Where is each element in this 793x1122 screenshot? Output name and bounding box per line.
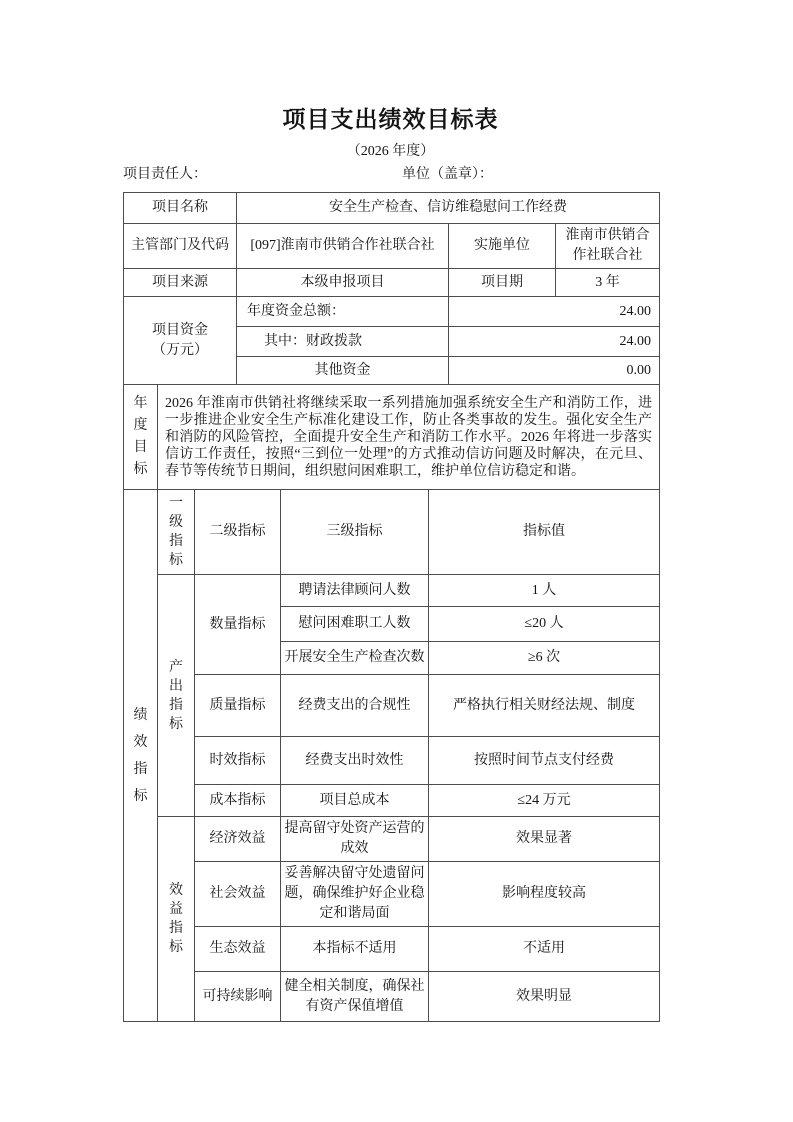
- indicator-l3-cell: 本指标不适用: [281, 927, 429, 972]
- funds-total-value: 24.00: [449, 297, 660, 327]
- table-row: 质量指标 经费支出的合规性 严格执行相关财经法规、制度: [124, 675, 660, 737]
- indicator-l3-cell: 妥善解决留守处遗留问题，确保维护好企业稳定和谐局面: [281, 862, 429, 927]
- responsible-person-label: 项目责任人：: [123, 163, 207, 183]
- table-row: 项目资金 （万元） 年度资金总额： 24.00: [124, 297, 660, 327]
- project-info-table: 项目名称 安全生产检查、信访维稳慰问工作经费 主管部门及代码 [097]淮南市供…: [123, 192, 660, 385]
- indicator-l2-cell: 可持续影响: [195, 972, 281, 1022]
- header-level3: 三级指标: [281, 490, 429, 575]
- unit-seal-label: 单位（盖章）：: [402, 163, 493, 183]
- source-value: 本级申报项目: [237, 269, 449, 297]
- annual-goal-table: 年度目标 2026 年淮南市供销社将继续采取一系列措施加强系统安全生产和消防工作…: [123, 384, 660, 490]
- dept-code-label: 主管部门及代码: [124, 224, 237, 269]
- annual-goal-label: 年度目标: [124, 385, 158, 490]
- indicator-l2-cell: 经济效益: [195, 817, 281, 862]
- funds-label-line1: 项目资金: [128, 321, 232, 341]
- page-subtitle: （2026 年度）: [123, 140, 658, 160]
- table-row: 社会效益 妥善解决留守处遗留问题，确保维护好企业稳定和谐局面 影响程度较高: [124, 862, 660, 927]
- indicator-l2-cell: 数量指标: [195, 575, 281, 675]
- indicator-value-cell: ≥6 次: [429, 642, 660, 675]
- table-row: 产出指标 数量指标 聘请法律顾问人数 1 人: [124, 575, 660, 607]
- indicator-value-cell: 按照时间节点支付经费: [429, 737, 660, 785]
- table-row: 绩效指标 一级指标 二级指标 三级指标 指标值: [124, 490, 660, 575]
- indicator-l3-cell: 慰问困难职工人数: [281, 607, 429, 642]
- funds-fiscal-label: 其中：财政拨款: [237, 327, 449, 357]
- indicator-value-cell: 严格执行相关财经法规、制度: [429, 675, 660, 737]
- table-row: 年度目标 2026 年淮南市供销社将继续采取一系列措施加强系统安全生产和消防工作…: [124, 385, 660, 490]
- indicator-l3-cell: 经费支出时效性: [281, 737, 429, 785]
- indicator-value-cell: ≤20 人: [429, 607, 660, 642]
- document-page: 项目支出绩效目标表 （2026 年度） 项目责任人： 单位（盖章）： 项目名称 …: [0, 0, 793, 1122]
- performance-target-table: 项目名称 安全生产检查、信访维稳慰问工作经费 主管部门及代码 [097]淮南市供…: [123, 192, 660, 1022]
- indicator-l3-cell: 经费支出的合规性: [281, 675, 429, 737]
- dept-code-value: [097]淮南市供销合作社联合社: [237, 224, 449, 269]
- indicator-l2-cell: 质量指标: [195, 675, 281, 737]
- source-label: 项目来源: [124, 269, 237, 297]
- table-row: 效益指标 经济效益 提高留守处资产运营的成效 效果显著: [124, 817, 660, 862]
- indicator-value-cell: 效果明显: [429, 972, 660, 1022]
- output-group-label: 产出指标: [158, 575, 195, 817]
- header-value: 指标值: [429, 490, 660, 575]
- indicator-value-cell: 1 人: [429, 575, 660, 607]
- indicators-table: 绩效指标 一级指标 二级指标 三级指标 指标值 产出指标 数量指标 聘请法律顾问…: [123, 489, 660, 1022]
- table-row: 可持续影响 健全相关制度，确保社有资产保值增值 效果明显: [124, 972, 660, 1022]
- table-row: 主管部门及代码 [097]淮南市供销合作社联合社 实施单位 淮南市供销合作社联合…: [124, 224, 660, 269]
- annual-goal-text: 2026 年淮南市供销社将继续采取一系列措施加强系统安全生产和消防工作，进一步推…: [158, 385, 660, 490]
- indicator-l3-cell: 健全相关制度，确保社有资产保值增值: [281, 972, 429, 1022]
- table-row: 项目来源 本级申报项目 项目期 3 年: [124, 269, 660, 297]
- funds-other-label: 其他资金: [237, 357, 449, 385]
- funds-total-label: 年度资金总额：: [237, 297, 449, 327]
- indicator-l3-cell: 提高留守处资产运营的成效: [281, 817, 429, 862]
- period-label: 项目期: [449, 269, 556, 297]
- table-row: 成本指标 项目总成本 ≤24 万元: [124, 785, 660, 817]
- funds-label-line2: （万元）: [128, 341, 232, 361]
- indicator-value-cell: 不适用: [429, 927, 660, 972]
- table-row: 时效指标 经费支出时效性 按照时间节点支付经费: [124, 737, 660, 785]
- table-row: 生态效益 本指标不适用 不适用: [124, 927, 660, 972]
- indicator-value-cell: 效果显著: [429, 817, 660, 862]
- project-name-label: 项目名称: [124, 193, 237, 224]
- indicator-l3-cell: 项目总成本: [281, 785, 429, 817]
- project-name-value: 安全生产检查、信访维稳慰问工作经费: [237, 193, 660, 224]
- period-value: 3 年: [556, 269, 660, 297]
- indicator-l3-cell: 聘请法律顾问人数: [281, 575, 429, 607]
- header-level1: 一级指标: [158, 490, 195, 575]
- indicator-value-cell: 影响程度较高: [429, 862, 660, 927]
- impl-unit-label: 实施单位: [449, 224, 556, 269]
- benefit-group-label: 效益指标: [158, 817, 195, 1022]
- indicator-l2-cell: 时效指标: [195, 737, 281, 785]
- indicator-l3-cell: 开展安全生产检查次数: [281, 642, 429, 675]
- indicators-side-label: 绩效指标: [124, 490, 158, 1022]
- table-row: 项目名称 安全生产检查、信访维稳慰问工作经费: [124, 193, 660, 224]
- funds-label: 项目资金 （万元）: [124, 297, 237, 385]
- funds-fiscal-value: 24.00: [449, 327, 660, 357]
- impl-unit-value: 淮南市供销合作社联合社: [556, 224, 660, 269]
- indicator-l2-cell: 生态效益: [195, 927, 281, 972]
- header-level2: 二级指标: [195, 490, 281, 575]
- page-title: 项目支出绩效目标表: [123, 101, 658, 134]
- funds-other-value: 0.00: [449, 357, 660, 385]
- indicator-l2-cell: 社会效益: [195, 862, 281, 927]
- indicator-value-cell: ≤24 万元: [429, 785, 660, 817]
- indicator-l2-cell: 成本指标: [195, 785, 281, 817]
